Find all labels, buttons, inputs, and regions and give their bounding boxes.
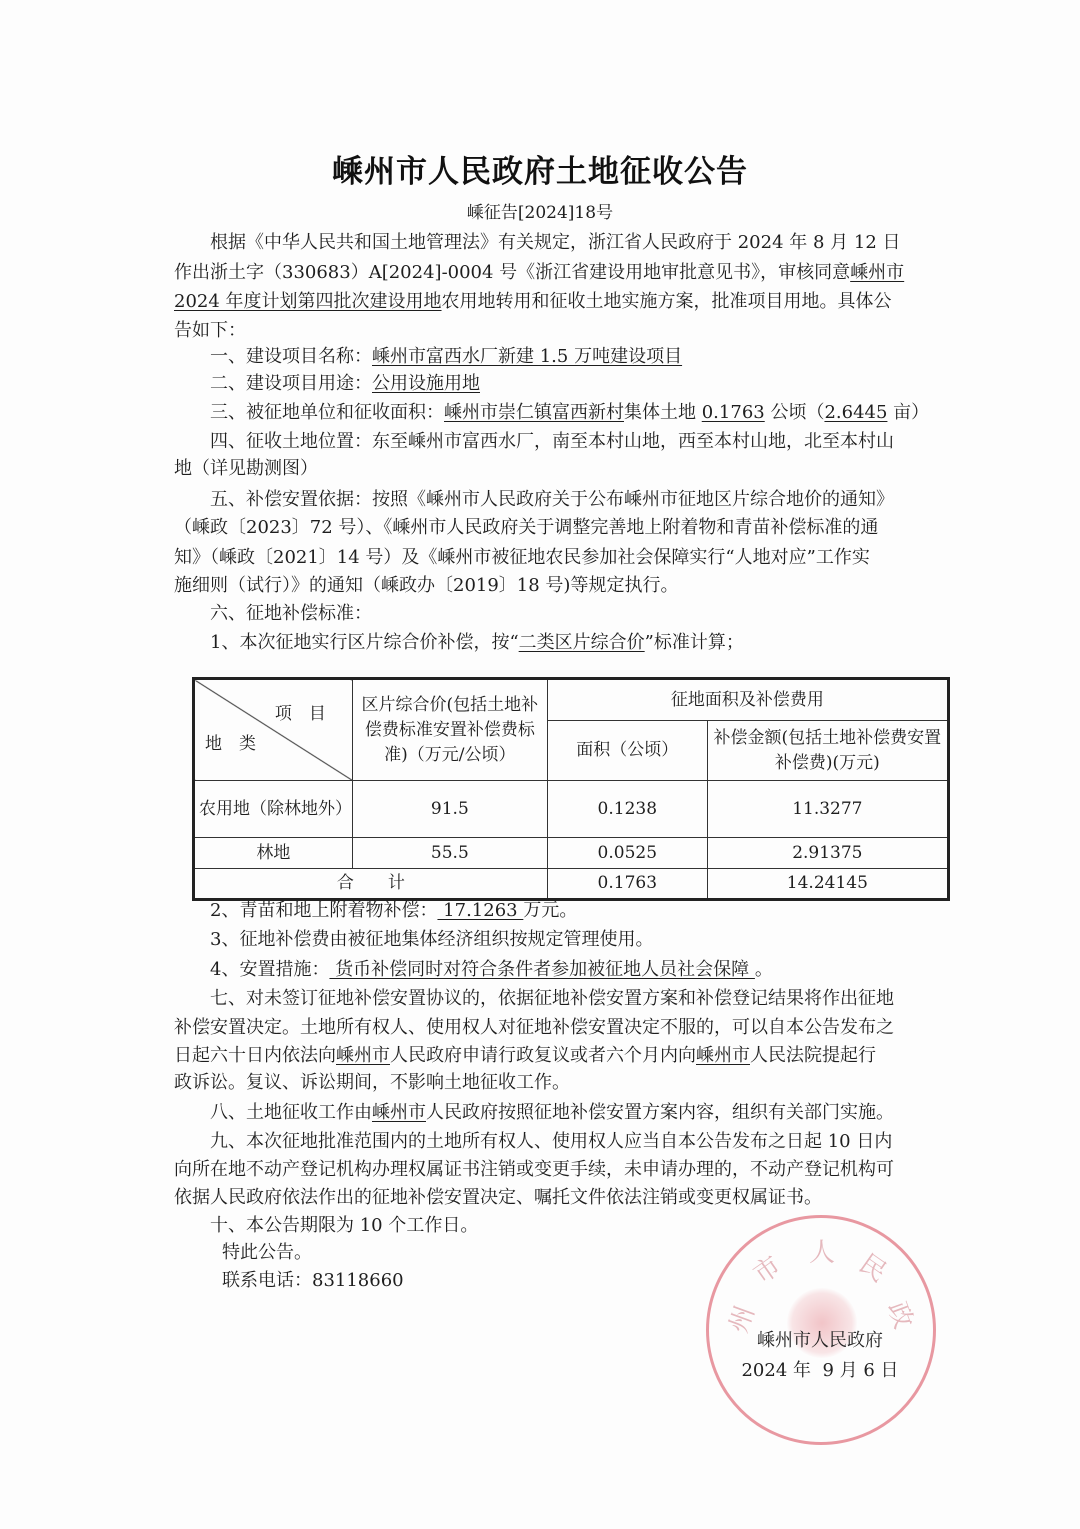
intro-line-1: 根据《中华人民共和国土地管理法》有关规定，浙江省人民政府于 2024 年 8 月…	[174, 230, 980, 256]
intro-text: 作出浙土字（330683）A[2024]-0004 号《浙江省建设用地审批意见书…	[174, 262, 850, 283]
item-6-sub-1: 1、本次征地实行区片综合价补偿，按“二类区片综合价”标准计算；	[174, 630, 980, 656]
item-9-line-2: 向所在地不动产登记机构办理权属证书注销或变更手续，未申请办理的，不动产登记机构可	[174, 1157, 944, 1183]
item-text: 亩）	[887, 402, 929, 423]
cell-amount: 2.91375	[707, 838, 948, 869]
item-6-sub-3: 3、征地补偿费由被征地集体经济组织按规定管理使用。	[174, 927, 980, 953]
area-hectare: 0.1763	[702, 402, 765, 423]
item-1-project-name: 一、建设项目名称：嵊州市富西水厂新建 1.5 万吨建设项目	[174, 344, 980, 370]
item-6-label: 六、征地补偿标准：	[174, 601, 980, 627]
city-underlined: 嵊州市	[336, 1045, 390, 1066]
item-2-project-use: 二、建设项目用途：公用设施用地	[174, 371, 980, 397]
cell-land-type: 农用地（除林地外）	[194, 781, 353, 838]
cell-price: 55.5	[352, 838, 547, 869]
intro-city-underlined: 嵊州市	[850, 262, 904, 283]
cell-total-amount: 14.24145	[707, 869, 948, 900]
item-text: 4、安置措施：	[210, 959, 329, 980]
intro-text: 农用地转用和征收土地实施方案，批准项目用地。具体公	[442, 291, 892, 312]
compensation-table: 项 目 地 类 区片综合价(包括土地补偿费标准安置补偿费标准)（万元/公顷） 征…	[192, 677, 950, 901]
item-text: 日起六十日内依法向	[174, 1045, 336, 1066]
item-text: 人民法院提起行	[750, 1045, 876, 1066]
intro-line-3: 2024 年度计划第四批次建设用地农用地转用和征收土地实施方案，批准项目用地。具…	[174, 289, 944, 315]
item-text: 。	[755, 959, 773, 980]
item-5-line-3: 知》（嵊政〔2021〕14 号）及《嵊州市被征地农民参加社会保障实行“人地对应”…	[174, 545, 944, 571]
city-underlined: 嵊州市	[696, 1045, 750, 1066]
seal-char: 人	[809, 1232, 835, 1269]
seedling-compensation-value: 17.1263	[437, 900, 523, 921]
table-header-row: 项 目 地 类 区片综合价(包括土地补偿费标准安置补偿费标准)（万元/公顷） 征…	[194, 679, 949, 721]
item-text: 2、青苗和地上附着物补偿：	[210, 900, 437, 921]
item-text: ”标准计算；	[645, 632, 744, 653]
table-total-row: 合 计 0.1763 14.24145	[194, 869, 949, 900]
cell-area: 0.0525	[547, 838, 707, 869]
cell-land-type: 林地	[194, 838, 353, 869]
header-area-cost-group: 征地面积及补偿费用	[547, 679, 948, 721]
signature-date: 2024 年 9 月 6 日	[720, 1356, 920, 1382]
item-text: 万元。	[523, 900, 577, 921]
signature-organization: 嵊州市人民政府	[720, 1326, 920, 1352]
item-label: 三、被征地单位和征收面积：	[210, 402, 444, 423]
cell-total-area: 0.1763	[547, 869, 707, 900]
cell-price: 91.5	[352, 781, 547, 838]
table-row: 林地 55.5 0.0525 2.91375	[194, 838, 949, 869]
header-amount: 补偿金额(包括土地补偿费安置补偿费)(万元)	[707, 721, 948, 781]
diagonal-header-cell: 项 目 地 类	[194, 679, 353, 781]
zone-class-value: 二类区片综合价	[519, 632, 645, 653]
header-area: 面积（公顷）	[547, 721, 707, 781]
item-4-location-line-1: 四、征收土地位置：东至嵊州市富西水厂，南至本村山地，西至本村山地，北至本村山	[174, 429, 980, 455]
item-8: 八、土地征收工作由嵊州市人民政府按照征地补偿安置方案内容，组织有关部门实施。	[174, 1100, 980, 1126]
item-6-sub-4: 4、安置措施： 货币补偿同时对符合条件者参加被征地人员社会保障 。	[174, 957, 980, 983]
item-4-location-line-2: 地（详见勘测图）	[174, 456, 944, 482]
intro-line-4: 告如下：	[174, 318, 944, 344]
header-item: 项 目	[275, 702, 326, 727]
table-row: 农用地（除林地外） 91.5 0.1238 11.3277	[194, 781, 949, 838]
item-text: 公顷（	[765, 402, 825, 423]
intro-line-2: 作出浙土字（330683）A[2024]-0004 号《浙江省建设用地审批意见书…	[174, 260, 944, 286]
document-page: 嵊州市人民政府土地征收公告 嵊征告[2024]18号 根据《中华人民共和国土地管…	[0, 0, 1080, 1529]
item-5-line-1: 五、补偿安置依据：按照《嵊州市人民政府关于公布嵊州市征地区片综合地价的通知》	[174, 487, 980, 513]
cell-total-label: 合 计	[194, 869, 548, 900]
seal-char: 民	[853, 1244, 896, 1289]
item-text: 集体土地	[624, 402, 702, 423]
item-text: 八、土地征收工作由	[210, 1102, 372, 1123]
item-label: 二、建设项目用途：	[210, 373, 372, 394]
item-6-sub-2: 2、青苗和地上附着物补偿： 17.1263 万元。	[174, 898, 980, 924]
notice-title: 嵊州市人民政府土地征收公告	[0, 146, 1080, 191]
header-price: 区片综合价(包括土地补偿费标准安置补偿费标准)（万元/公顷）	[352, 679, 547, 781]
item-value: 嵊州市富西水厂新建 1.5 万吨建设项目	[372, 346, 682, 367]
header-land-type: 地 类	[205, 732, 256, 757]
item-text: 人民政府申请行政复议或者六个月内向	[390, 1045, 696, 1066]
item-7-line-1: 七、对未签订征地补偿安置协议的，依据征地补偿安置方案和补偿登记结果将作出征地	[174, 986, 980, 1012]
city-underlined: 嵊州市	[372, 1102, 426, 1123]
item-label: 一、建设项目名称：	[210, 346, 372, 367]
resettlement-measure-value: 货币补偿同时对符合条件者参加被征地人员社会保障	[329, 959, 754, 980]
cell-area: 0.1238	[547, 781, 707, 838]
item-text: 1、本次征地实行区片综合价补偿，按“	[210, 632, 519, 653]
intro-batch-underlined: 2024 年度计划第四批次建设用地	[174, 291, 442, 312]
area-mu: 2.6445	[824, 402, 887, 423]
document-number: 嵊征告[2024]18号	[0, 198, 1080, 223]
item-9-line-1: 九、本次征地批准范围内的土地所有权人、使用权人应当自本公告发布之日起 10 日内	[174, 1129, 980, 1155]
item-5-line-2: （嵊政〔2023〕72 号）、《嵊州市人民政府关于调整完善地上附着物和青苗补偿标…	[174, 515, 944, 541]
cell-amount: 11.3277	[707, 781, 948, 838]
item-7-line-2: 补偿安置决定。土地所有权人、使用权人对征地补偿安置决定不服的，可以自本公告发布之	[174, 1015, 944, 1041]
unit-name: 嵊州市崇仁镇富西新村	[444, 402, 624, 423]
item-5-line-4: 施细则（试行）》的通知（嵊政办〔2019〕18 号)等规定执行。	[174, 573, 944, 599]
item-9-line-3: 依据人民政府依法作出的征地补偿安置决定、嘱托文件依法注销或变更权属证书。	[174, 1185, 944, 1211]
seal-char: 市	[745, 1246, 788, 1291]
item-7-line-4: 政诉讼。复议、诉讼期间，不影响土地征收工作。	[174, 1070, 944, 1096]
item-text: 人民政府按照征地补偿安置方案内容，组织有关部门实施。	[426, 1102, 894, 1123]
item-value: 公用设施用地	[372, 373, 480, 394]
item-7-line-3: 日起六十日内依法向嵊州市人民政府申请行政复议或者六个月内向嵊州市人民法院提起行	[174, 1043, 944, 1069]
item-3-unit-area: 三、被征地单位和征收面积：嵊州市崇仁镇富西新村集体土地 0.1763 公顷（2.…	[174, 400, 980, 426]
